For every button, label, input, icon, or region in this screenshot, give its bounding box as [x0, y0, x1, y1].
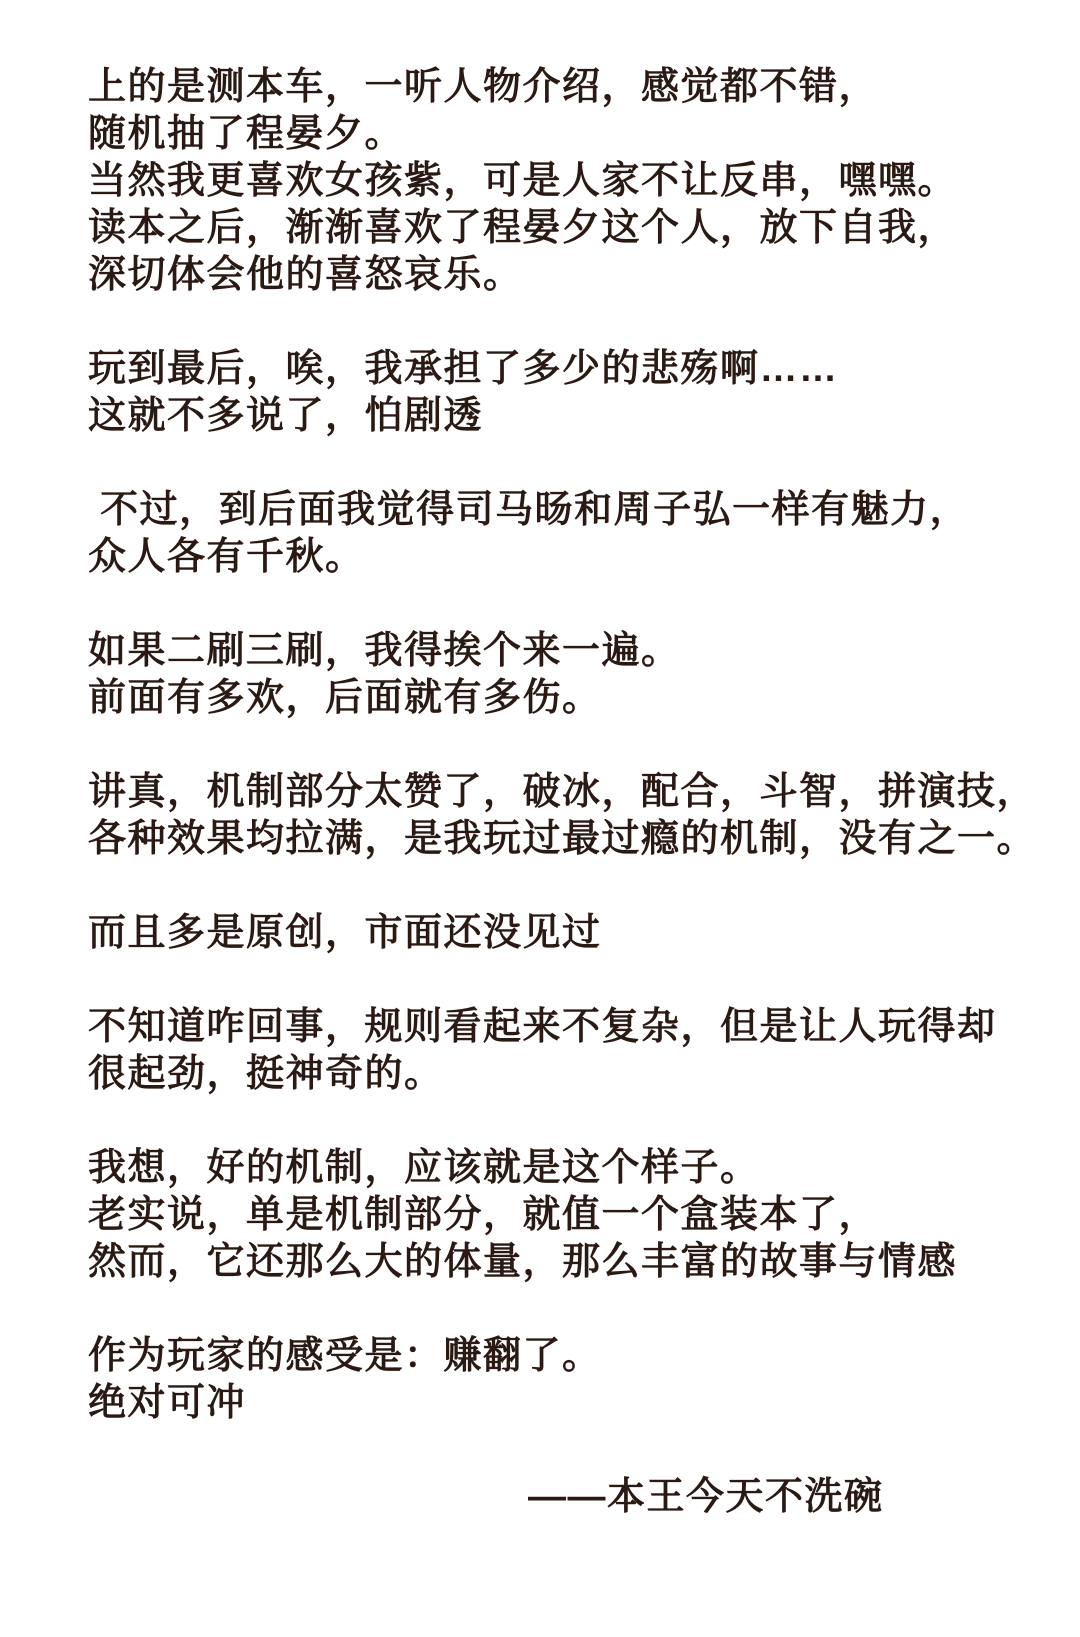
text-line: 深切体会他的喜怒哀乐。: [88, 252, 1050, 299]
text-line: 讲真，机制部分太赞了，破冰，配合，斗智，拼演技，: [88, 769, 1050, 816]
text-line: 而且多是原创，市面还没见过: [88, 910, 1050, 957]
paragraph: 而且多是原创，市面还没见过: [88, 910, 1050, 957]
text-line: 上的是测本车，一听人物介绍，感觉都不错，: [88, 64, 1050, 111]
text-line: 绝对可冲: [88, 1380, 1050, 1427]
text-line: 众人各有千秋。: [88, 534, 1050, 581]
text-line: 前面有多欢，后面就有多伤。: [88, 675, 1050, 722]
text-line: 我想，好的机制，应该就是这个样子。: [88, 1145, 1050, 1192]
text-line: 然而，它还那么大的体量，那么丰富的故事与情感: [88, 1239, 1050, 1286]
text-line: 不过，到后面我觉得司马旸和周子弘一样有魅力，: [88, 487, 1050, 534]
text-line: 当然我更喜欢女孩紫，可是人家不让反串，嘿嘿。: [88, 158, 1050, 205]
paragraph: 不过，到后面我觉得司马旸和周子弘一样有魅力， 众人各有千秋。: [88, 487, 1050, 581]
text-line: 读本之后，渐渐喜欢了程晏夕这个人，放下自我，: [88, 205, 1050, 252]
review-document: 上的是测本车，一听人物介绍，感觉都不错， 随机抽了程晏夕。 当然我更喜欢女孩紫，…: [0, 0, 1080, 1637]
paragraph: 玩到最后，唉，我承担了多少的悲殇啊…… 这就不多说了，怕剧透: [88, 346, 1050, 440]
signature-line: ——本王今天不洗碗: [528, 1474, 1050, 1521]
paragraph: 上的是测本车，一听人物介绍，感觉都不错， 随机抽了程晏夕。 当然我更喜欢女孩紫，…: [88, 64, 1050, 299]
text-line: 不知道咋回事，规则看起来不复杂，但是让人玩得却: [88, 1004, 1050, 1051]
paragraph: 如果二刷三刷，我得挨个来一遍。 前面有多欢，后面就有多伤。: [88, 628, 1050, 722]
text-line: 老实说，单是机制部分，就值一个盒装本了，: [88, 1192, 1050, 1239]
text-line: 如果二刷三刷，我得挨个来一遍。: [88, 628, 1050, 675]
text-line: 这就不多说了，怕剧透: [88, 393, 1050, 440]
text-line: 随机抽了程晏夕。: [88, 111, 1050, 158]
paragraph: 不知道咋回事，规则看起来不复杂，但是让人玩得却 很起劲，挺神奇的。: [88, 1004, 1050, 1098]
paragraph: 我想，好的机制，应该就是这个样子。 老实说，单是机制部分，就值一个盒装本了， 然…: [88, 1145, 1050, 1286]
text-line: 作为玩家的感受是：赚翻了。: [88, 1333, 1050, 1380]
text-line: 很起劲，挺神奇的。: [88, 1051, 1050, 1098]
text-line: 各种效果均拉满，是我玩过最过瘾的机制，没有之一。: [88, 816, 1050, 863]
text-line: 玩到最后，唉，我承担了多少的悲殇啊……: [88, 346, 1050, 393]
paragraph: 讲真，机制部分太赞了，破冰，配合，斗智，拼演技， 各种效果均拉满，是我玩过最过瘾…: [88, 769, 1050, 863]
paragraph: 作为玩家的感受是：赚翻了。 绝对可冲: [88, 1333, 1050, 1427]
